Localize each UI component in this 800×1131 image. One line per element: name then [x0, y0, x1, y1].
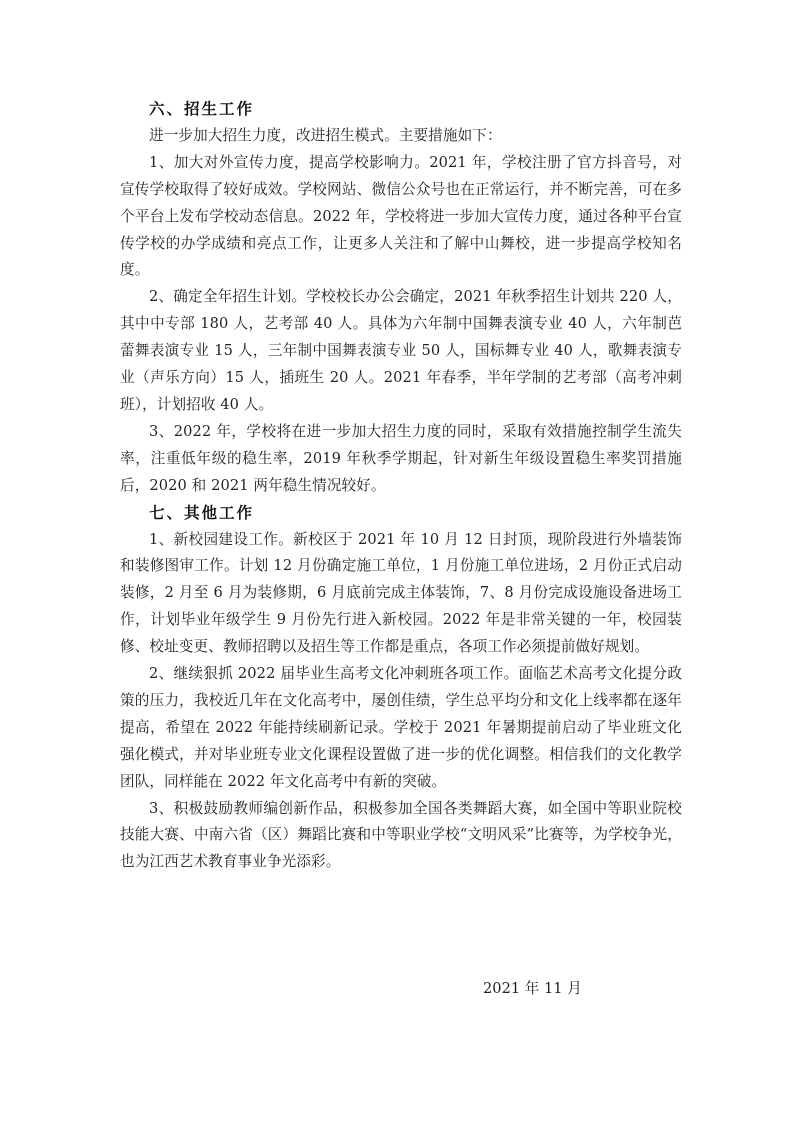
paragraph-enrollment-plan: 2、确定全年招生计划。学校校长办公会确定，2021 年秋季招生计划共 220 人…	[120, 284, 682, 419]
paragraph-intro: 进一步加大招生力度，改进招生模式。主要措施如下：	[120, 123, 682, 150]
paragraph-retention: 3、2022 年，学校将在进一步加大招生力度的同时，采取有效措施控制学生流失率，…	[120, 419, 682, 500]
section-heading-enrollment: 六、招生工作	[120, 96, 682, 123]
paragraph-new-campus: 1、新校园建设工作。新校区于 2021 年 10 月 12 日封顶，现阶段进行外…	[120, 527, 682, 662]
paragraph-publicity: 1、加大对外宣传力度，提高学校影响力。2021 年，学校注册了官方抖音号，对宣传…	[120, 150, 682, 285]
document-body: 六、招生工作 进一步加大招生力度，改进招生模式。主要措施如下： 1、加大对外宣传…	[120, 96, 682, 876]
document-date: 2021 年 11 月	[483, 977, 582, 998]
section-heading-other-work: 七、其他工作	[120, 500, 682, 527]
paragraph-exam-prep: 2、继续狠抓 2022 届毕业生高考文化冲刺班各项工作。面临艺术高考文化提分政策…	[120, 661, 682, 796]
paragraph-competitions: 3、积极鼓励教师编创新作品，积极参加全国各类舞蹈大赛，如全国中等职业院校技能大赛…	[120, 796, 682, 877]
